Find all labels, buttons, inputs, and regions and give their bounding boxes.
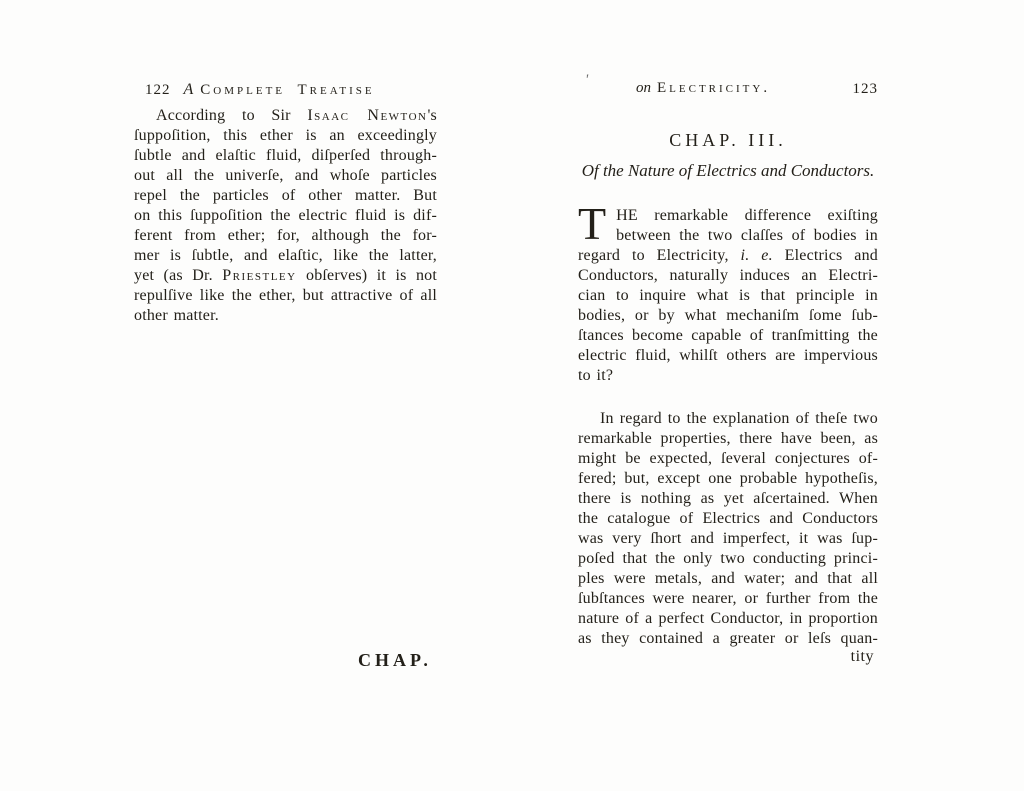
text-line: to it? [578, 366, 878, 386]
left-text-column: According to Sir Isaac Newton'sſuppoſiti… [134, 106, 437, 326]
drop-cap: T [578, 205, 606, 243]
text-line: between the two claſſes of bodies in [578, 226, 878, 246]
text-line: In regard to the explanation of theſe tw… [578, 409, 878, 429]
text-line: ſuppoſition, this ether is an exceedingl… [134, 126, 437, 146]
text-line: out all the univerſe, and whoſe particle… [134, 166, 437, 186]
small-caps-name: Priestley [222, 267, 296, 284]
text-line: repel the particles of other matter. But [134, 186, 437, 206]
left-page-number: 122 [145, 82, 171, 98]
left-catchword: CHAP. [358, 650, 432, 671]
text-line: cian to inquire what is that principle i… [578, 286, 878, 306]
text-line: yet (as Dr. Priestley obſerves) it is no… [134, 266, 437, 286]
text-line: as they contained a greater or leſs quan… [578, 629, 878, 649]
text-line: poſed that the only two conducting princ… [578, 549, 878, 569]
right-text-paragraph-1: T HE remarkable difference exiſtingbetwe… [578, 206, 878, 386]
book-spread-scan: 122AComplete Treatise According to Sir I… [0, 0, 1024, 791]
text-line: nature of a perfect Conductor, in propor… [578, 609, 878, 629]
text-line: repulſive like the ether, but attractive… [134, 286, 437, 306]
text-line: ſubſtances were nearer, or further from … [578, 589, 878, 609]
running-title-article: A [184, 81, 194, 98]
text-line: Conductors, naturally induces an Electri… [578, 266, 878, 286]
text-line: ples were metals, and water; and that al… [578, 569, 878, 589]
right-running-title: Electricity. [657, 80, 770, 96]
text-line: the catalogue of Electrics and Conductor… [578, 509, 878, 529]
chapter-subtitle: Of the Nature of Electrics and Conductor… [566, 161, 890, 181]
text-line: ferent from ether; for, although the for… [134, 226, 437, 246]
right-text-paragraph-2: In regard to the explanation of theſe tw… [578, 409, 878, 649]
text-line: other matter. [134, 306, 437, 326]
running-title-preposition: on [636, 80, 651, 96]
text-line: was very ſhort and imperfect, it was ſup… [578, 529, 878, 549]
text-line: there is nothing as yet aſcertained. Whe… [578, 489, 878, 509]
right-catchword: tity [578, 648, 874, 666]
text-line: HE remarkable difference exiſting [578, 206, 878, 226]
right-page-number: 123 [853, 80, 879, 98]
text-line: bodies, or by what mechaniſm ſome ſub- [578, 306, 878, 326]
text-line: electric fluid, whilſt others are imperv… [578, 346, 878, 366]
left-running-head: 122AComplete Treatise [145, 81, 375, 99]
italic-text: i. e. [741, 247, 773, 264]
text-line: mer is ſubtle, and elaſtic, like the lat… [134, 246, 437, 266]
left-running-title: Complete Treatise [200, 82, 374, 98]
text-line: ſtances become capable of tranſmitting t… [578, 326, 878, 346]
text-line: might be expected, ſeveral conjectures o… [578, 449, 878, 469]
small-caps-name: Isaac Newton [307, 107, 427, 124]
scan-artifact-mark: ' [585, 72, 588, 89]
chapter-heading: CHAP. III. [578, 130, 878, 151]
right-running-title-group: onElectricity. [636, 79, 770, 97]
text-line: on this ſuppoſition the electric fluid i… [134, 206, 437, 226]
text-line: remarkable properties, there have been, … [578, 429, 878, 449]
text-line: regard to Electricity, i. e. Electrics a… [578, 246, 878, 266]
text-line: According to Sir Isaac Newton's [134, 106, 437, 126]
text-line: ſubtle and elaſtic fluid, diſperſed thro… [134, 146, 437, 166]
text-line: fered; but, except one probable hypotheſ… [578, 469, 878, 489]
